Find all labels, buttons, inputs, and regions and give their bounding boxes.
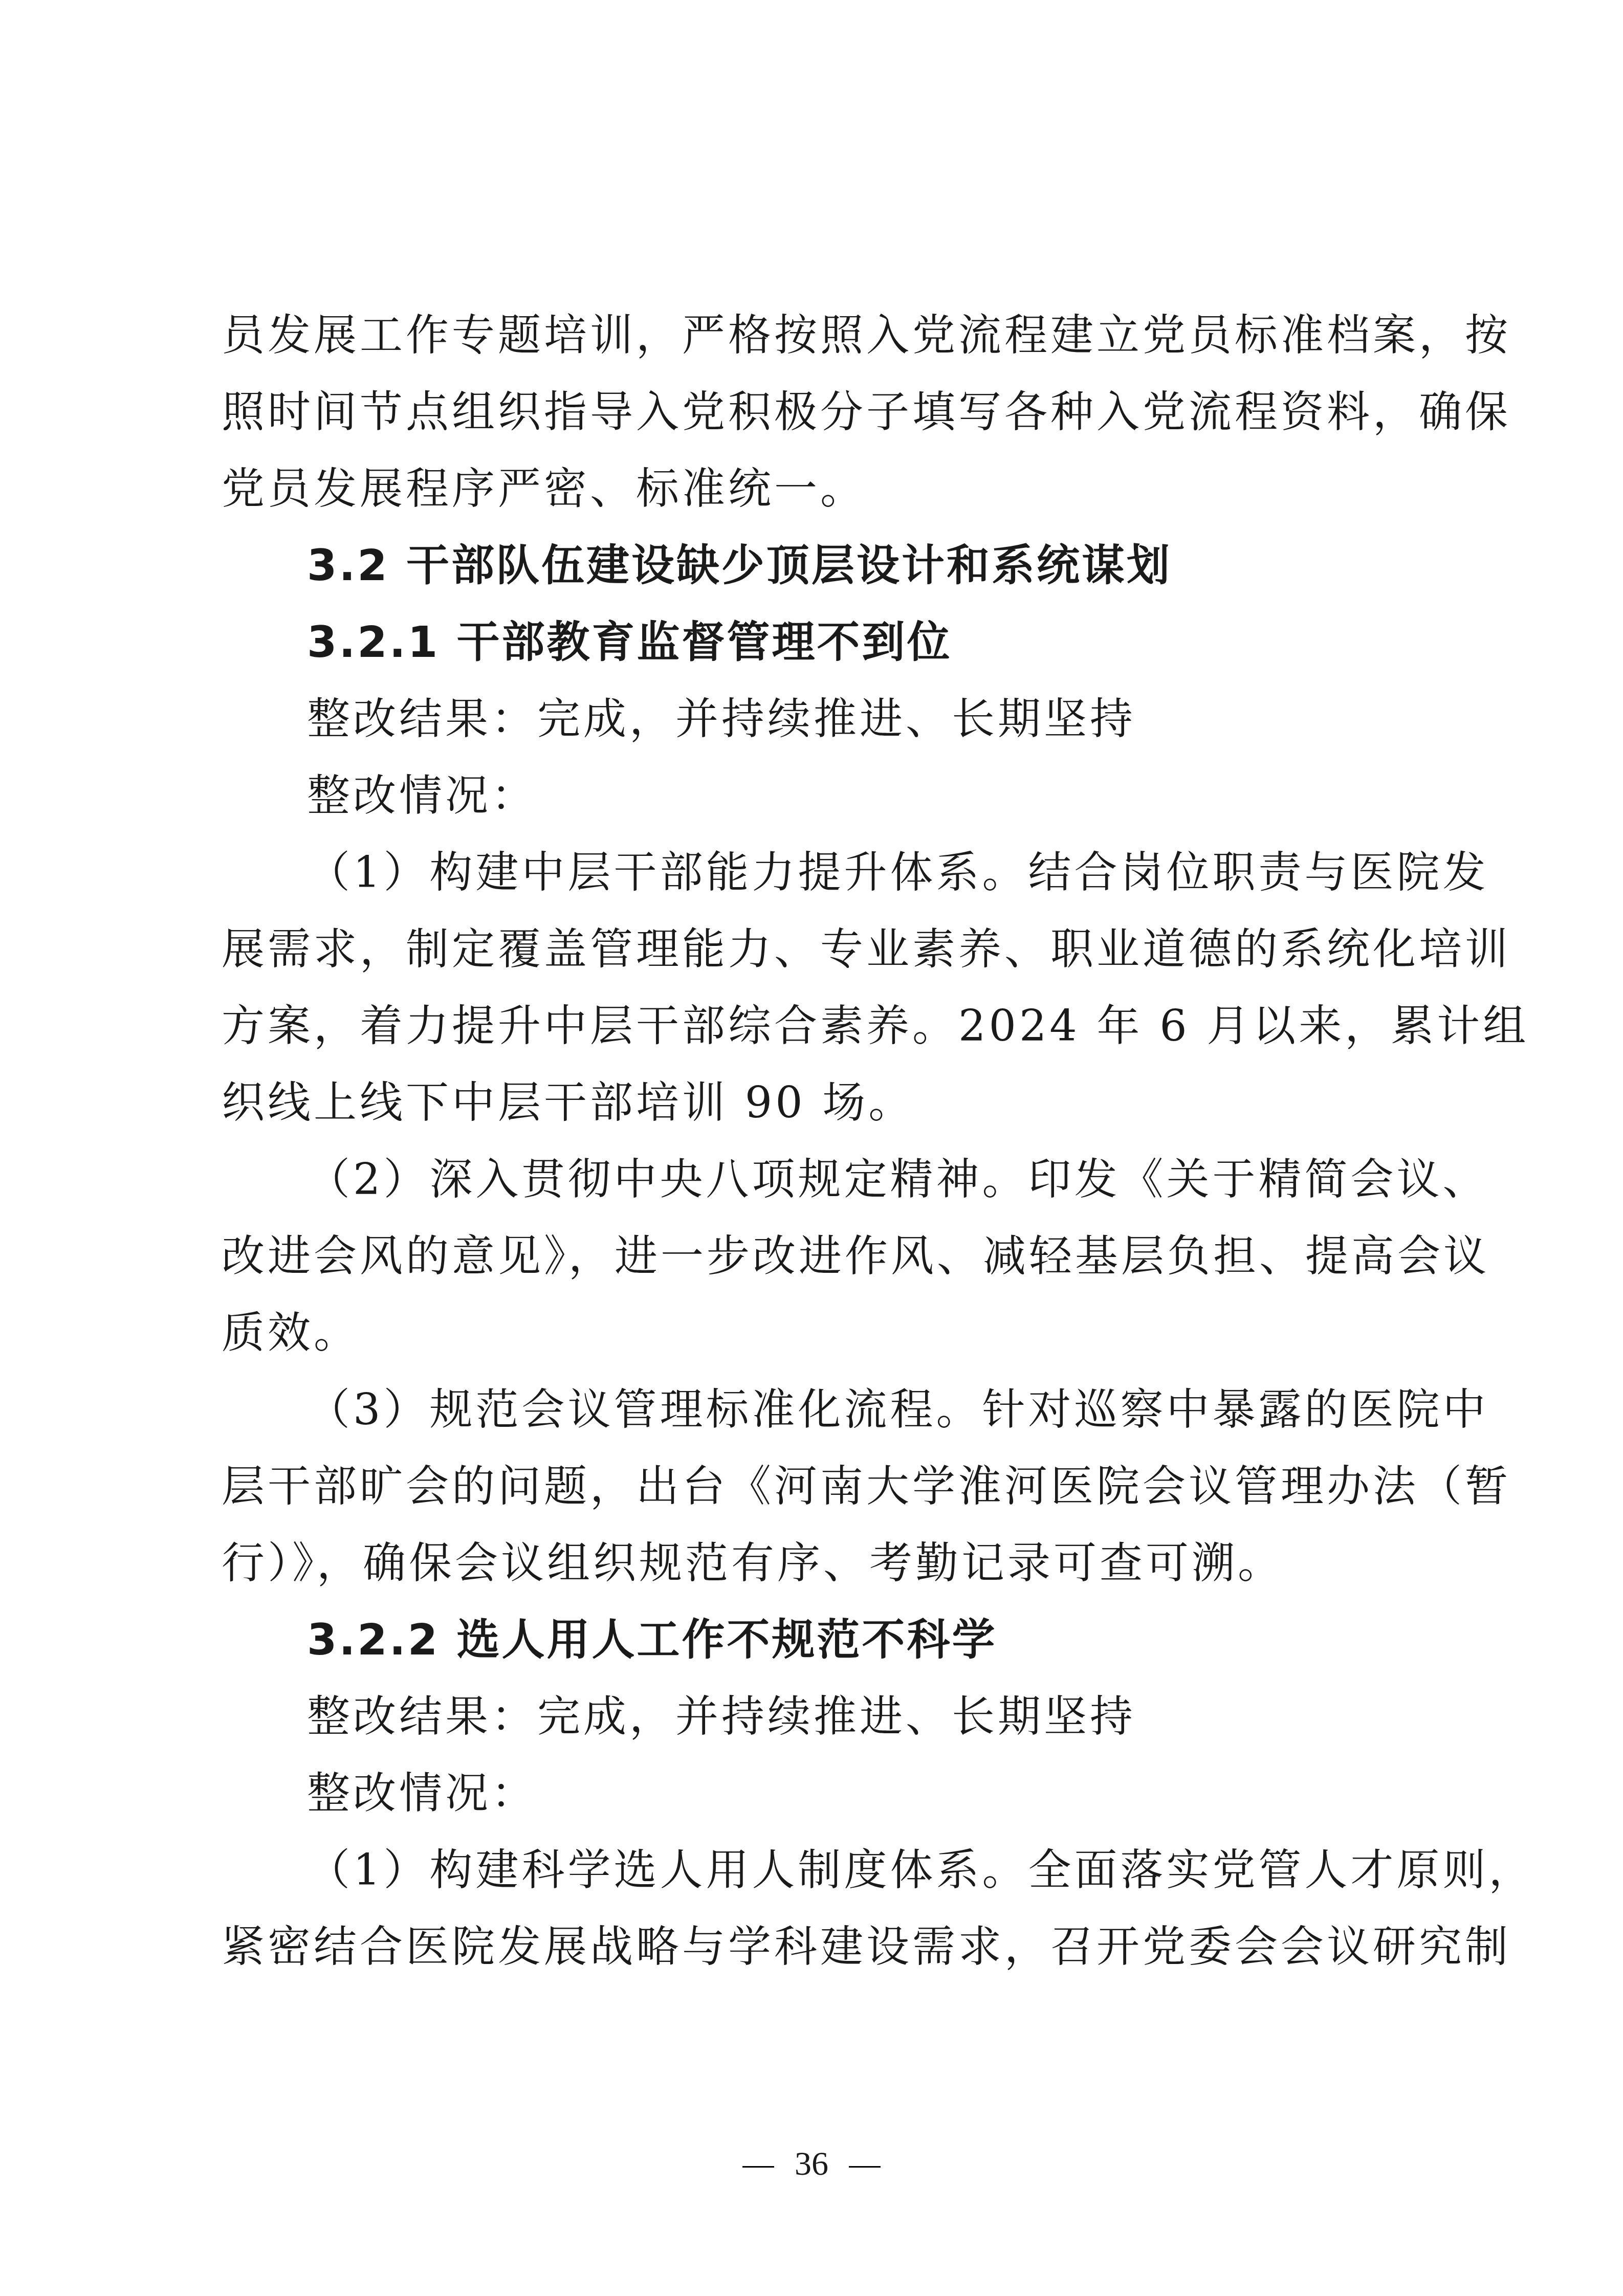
dash-right — [849, 2166, 881, 2168]
subsection-heading-3-2-2: 3.2.2 选人用人工作不规范不科学 — [307, 1614, 1434, 1665]
paragraph-line: （2）深入贯彻中央八项规定精神。印发《关于精简会议、 — [307, 1154, 1434, 1205]
rectification-result: 整改结果：完成，并持续推进、长期坚持 — [307, 1691, 1434, 1742]
rectification-status-label: 整改情况： — [307, 1768, 1434, 1819]
paragraph-line: 展需求，制定覆盖管理能力、专业素养、职业道德的系统化培训 — [222, 923, 1434, 975]
paragraph-line: 层干部旷会的问题，出台《河南大学淮河医院会议管理办法（暂 — [222, 1461, 1434, 1512]
rectification-status-label: 整改情况： — [307, 770, 1434, 821]
document-page: 员发展工作专题培训，严格按照入党流程建立党员标准档案，按 照时间节点组织指导入党… — [0, 0, 1623, 2296]
paragraph-line: （1）构建中层干部能力提升体系。结合岗位职责与医院发 — [307, 847, 1434, 898]
paragraph-line: 党员发展程序严密、标准统一。 — [222, 463, 1434, 514]
paragraph-line: 紧密结合医院发展战略与学科建设需求，召开党委会会议研究制 — [222, 1921, 1434, 1972]
paragraph-line: （3）规范会议管理标准化流程。针对巡察中暴露的医院中 — [307, 1384, 1434, 1435]
subsection-heading-3-2-1: 3.2.1 干部教育监督管理不到位 — [307, 616, 1434, 668]
paragraph-line: 改进会风的意见》，进一步改进作风、减轻基层负担、提高会议 — [222, 1230, 1434, 1282]
paragraph-line: 行）》，确保会议组织规范有序、考勤记录可查可溯。 — [222, 1537, 1434, 1588]
paragraph-line: 照时间节点组织指导入党积极分子填写各种入党流程资料，确保 — [222, 386, 1434, 437]
rectification-result: 整改结果：完成，并持续推进、长期坚持 — [307, 693, 1434, 744]
paragraph-line: 织线上线下中层干部培训 90 场。 — [222, 1077, 1434, 1128]
paragraph-line: 方案，着力提升中层干部综合素养。2024 年 6 月以来，累计组 — [222, 1000, 1434, 1051]
paragraph-line: 质效。 — [222, 1307, 1434, 1358]
paragraph-line: 员发展工作专题培训，严格按照入党流程建立党员标准档案，按 — [222, 310, 1434, 361]
dash-left — [742, 2166, 774, 2168]
paragraph-line: （1）构建科学选人用人制度体系。全面落实党管人才原则， — [307, 1844, 1434, 1895]
page-number: 36 — [0, 2138, 1623, 2190]
page-number-value: 36 — [795, 2145, 828, 2182]
section-heading-3-2: 3.2 干部队伍建设缺少顶层设计和系统谋划 — [307, 540, 1434, 591]
